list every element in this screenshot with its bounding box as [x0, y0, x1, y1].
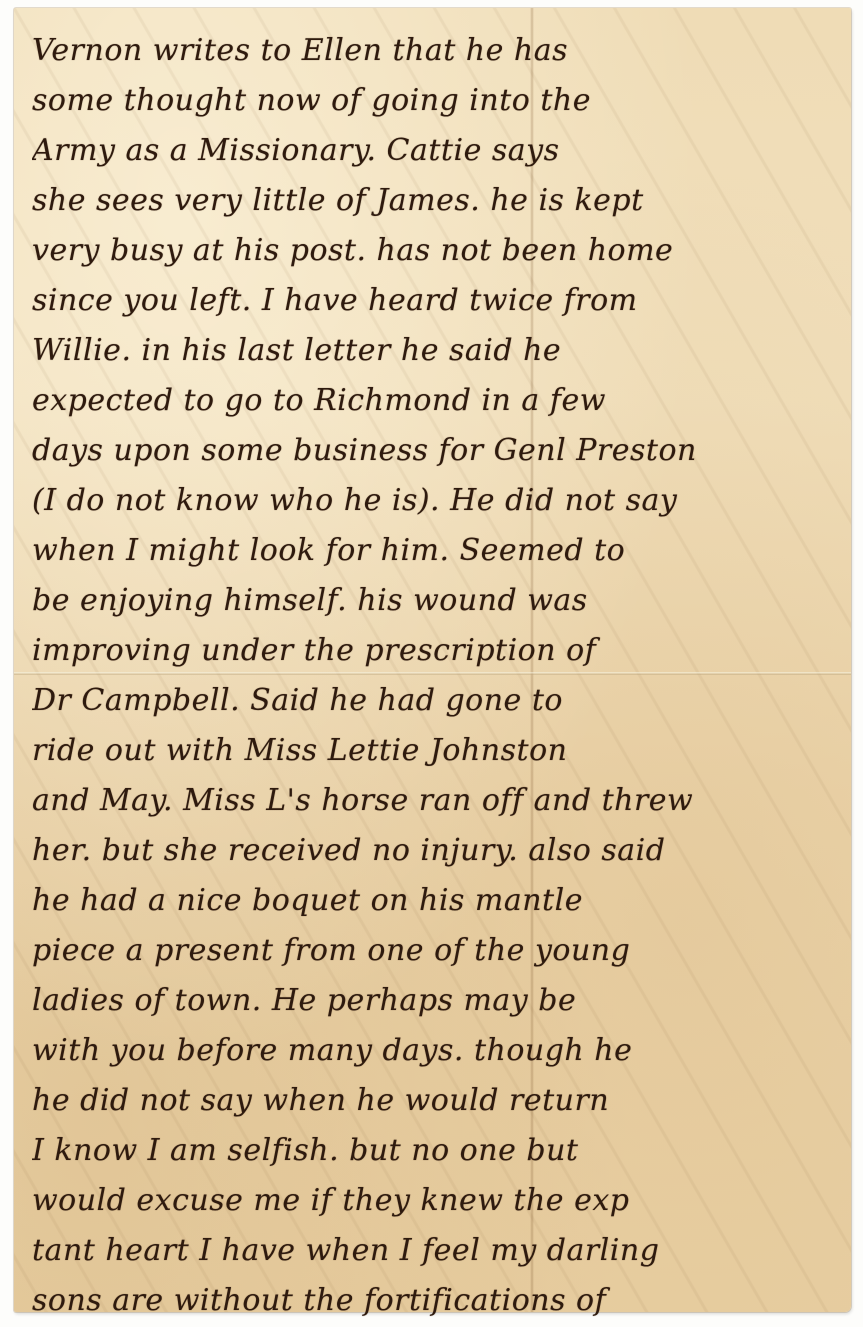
text-line: piece a present from one of the young [32, 926, 847, 976]
text-line: and May. Miss L's horse ran off and thre… [32, 776, 847, 826]
text-line: very busy at his post. has not been home [32, 226, 847, 276]
text-line: he did not say when he would return [32, 1076, 847, 1126]
text-line: days upon some business for Genl Preston [32, 426, 847, 476]
text-line: with you before many days. though he [32, 1026, 847, 1076]
text-line: tant heart I have when I feel my darling [32, 1226, 847, 1276]
text-line: ladies of town. He perhaps may be [32, 976, 847, 1026]
text-line: he had a nice boquet on his mantle [32, 876, 847, 926]
text-line: I know I am selfish. but no one but [32, 1126, 847, 1176]
text-line: would excuse me if they knew the exp [32, 1176, 847, 1226]
text-line: be enjoying himself. his wound was [32, 576, 847, 626]
text-line: Vernon writes to Ellen that he has [32, 26, 847, 76]
text-line: she sees very little of James. he is kep… [32, 176, 847, 226]
text-line: improving under the prescription of [32, 626, 847, 676]
text-line: sons are without the fortifications of [32, 1276, 847, 1326]
text-line: since you left. I have heard twice from [32, 276, 847, 326]
text-line: Willie. in his last letter he said he [32, 326, 847, 376]
text-line: ride out with Miss Lettie Johnston [32, 726, 847, 776]
text-line: Army as a Missionary. Cattie says [32, 126, 847, 176]
handwritten-text-body: Vernon writes to Ellen that he has some … [32, 26, 847, 1326]
text-line: Dr Campbell. Said he had gone to [32, 676, 847, 726]
text-line: (I do not know who he is). He did not sa… [32, 476, 847, 526]
text-line: when I might look for him. Seemed to [32, 526, 847, 576]
letter-page: Vernon writes to Ellen that he has some … [14, 8, 851, 1312]
text-line: some thought now of going into the [32, 76, 847, 126]
text-line: expected to go to Richmond in a few [32, 376, 847, 426]
text-line: her. but she received no injury. also sa… [32, 826, 847, 876]
